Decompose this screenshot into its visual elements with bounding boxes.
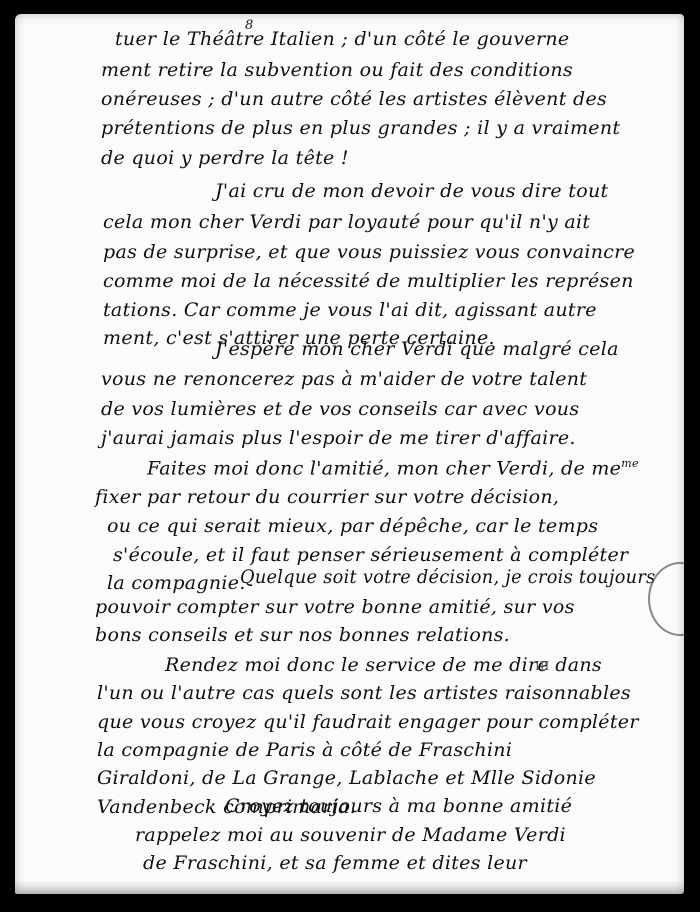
text-line: Croyez toujours à ma bonne amitié [225,795,572,817]
line-text: J'ai cru de mon devoir de vous dire tout [215,180,608,202]
line-text: prétentions de plus en plus grandes ; il… [101,117,620,139]
text-line: pas de surprise, et que vous puissiez vo… [103,241,635,263]
text-line: vous ne renoncerez pas à m'aider de votr… [101,368,587,390]
line-text: vous ne renoncerez pas à m'aider de votr… [101,368,587,390]
line-text: s'écoule, et il faut penser sérieusement… [113,544,628,566]
line-text: que vous croyez qu'il faudrait engager p… [97,711,639,733]
line-text: Faites moi donc l'amitié, mon cher Verdi… [147,457,621,479]
line-text: Croyez toujours à ma bonne amitié [225,795,572,817]
line-text: Quelque soit votre décision, je crois to… [240,566,656,588]
line-text: tations. Car comme je vous l'ai dit, agi… [103,299,597,321]
line-text: pouvoir compter sur votre bonne amitié, … [95,596,575,618]
text-line: cela mon cher Verdi par loyauté pour qu'… [103,211,590,233]
text-line: Quelque soit votre décision, je crois to… [240,566,656,588]
text-line: pouvoir compter sur votre bonne amitié, … [95,596,575,618]
text-line: de quoi y perdre la tête ! [101,147,349,169]
line-text: onéreuses ; d'un autre côté les artistes… [101,88,607,110]
line-text: J'espère mon cher Verdi que malgré cela [215,338,619,360]
line-text: comme moi de la nécessité de multiplier … [103,270,634,292]
text-line: j'aurai jamais plus l'espoir de me tirer… [101,427,576,449]
line-text: la compagnie de Paris à côté de Fraschin… [97,739,512,761]
text-line: ou ce qui serait mieux, par dépêche, car… [107,515,598,537]
text-line: J'ai cru de mon devoir de vous dire tout [215,180,608,202]
text-line: onéreuses ; d'un autre côté les artistes… [101,88,607,110]
line-text: tuer le Théâtre Italien ; d'un côté le g… [115,28,569,50]
text-line: l'un ou l'autre cas quels sont les artis… [97,682,631,704]
line-text: rappelez moi au souvenir de Madame Verdi [135,824,566,846]
line-text: fixer par retour du courrier sur votre d… [95,486,559,508]
line-text: de quoi y perdre la tête ! [101,147,349,169]
superscript-text: me [621,457,639,470]
line-text: ou ce qui serait mieux, par dépêche, car… [107,515,598,537]
text-line: bons conseils et sur nos bonnes relation… [95,624,510,646]
text-line: de Fraschini, et sa femme et dites leur [143,852,527,874]
text-line: tuer le Théâtre Italien ; d'un côté le g… [115,28,569,50]
text-line: fixer par retour du courrier sur votre d… [95,486,559,508]
line-text: de vos lumières et de vos conseils car a… [101,398,579,420]
text-line: la compagnie de Paris à côté de Fraschin… [97,739,512,761]
text-line: rappelez moi au souvenir de Madame Verdi [135,824,566,846]
line-text: Giraldoni, de La Grange, Lablache et Mll… [97,767,596,789]
text-line: comme moi de la nécessité de multiplier … [103,270,634,292]
line-text: pas de surprise, et que vous puissiez vo… [103,241,635,263]
line-text: la compagnie. [107,572,246,594]
text-line: J'espère mon cher Verdi que malgré cela [215,338,619,360]
text-line: Faites moi donc l'amitié, mon cher Verdi… [147,457,639,479]
text-line: prétentions de plus en plus grandes ; il… [101,117,620,139]
text-line: la compagnie. [107,572,246,594]
line-text: cela mon cher Verdi par loyauté pour qu'… [103,211,590,233]
text-line: de vos lumières et de vos conseils car a… [101,398,579,420]
line-text: ment retire la subvention ou fait des co… [101,59,573,81]
manuscript-page: 8 tuer le Théâtre Italien ; d'un côté le… [15,14,684,894]
text-line: ment retire la subvention ou fait des co… [101,59,573,81]
line-text: j'aurai jamais plus l'espoir de me tirer… [101,427,576,449]
line-text: bons conseils et sur nos bonnes relation… [95,624,510,646]
scan-frame: 8 tuer le Théâtre Italien ; d'un côté le… [0,0,700,912]
line-text: de Fraschini, et sa femme et dites leur [143,852,527,874]
text-line: Giraldoni, de La Grange, Lablache et Mll… [97,767,596,789]
text-line: tations. Car comme je vous l'ai dit, agi… [103,299,597,321]
text-line: que vous croyez qu'il faudrait engager p… [97,711,639,733]
text-line: s'écoule, et il faut penser sérieusement… [113,544,628,566]
line-text: l'un ou l'autre cas quels sont les artis… [97,682,631,704]
folio-mark: III [535,659,549,673]
